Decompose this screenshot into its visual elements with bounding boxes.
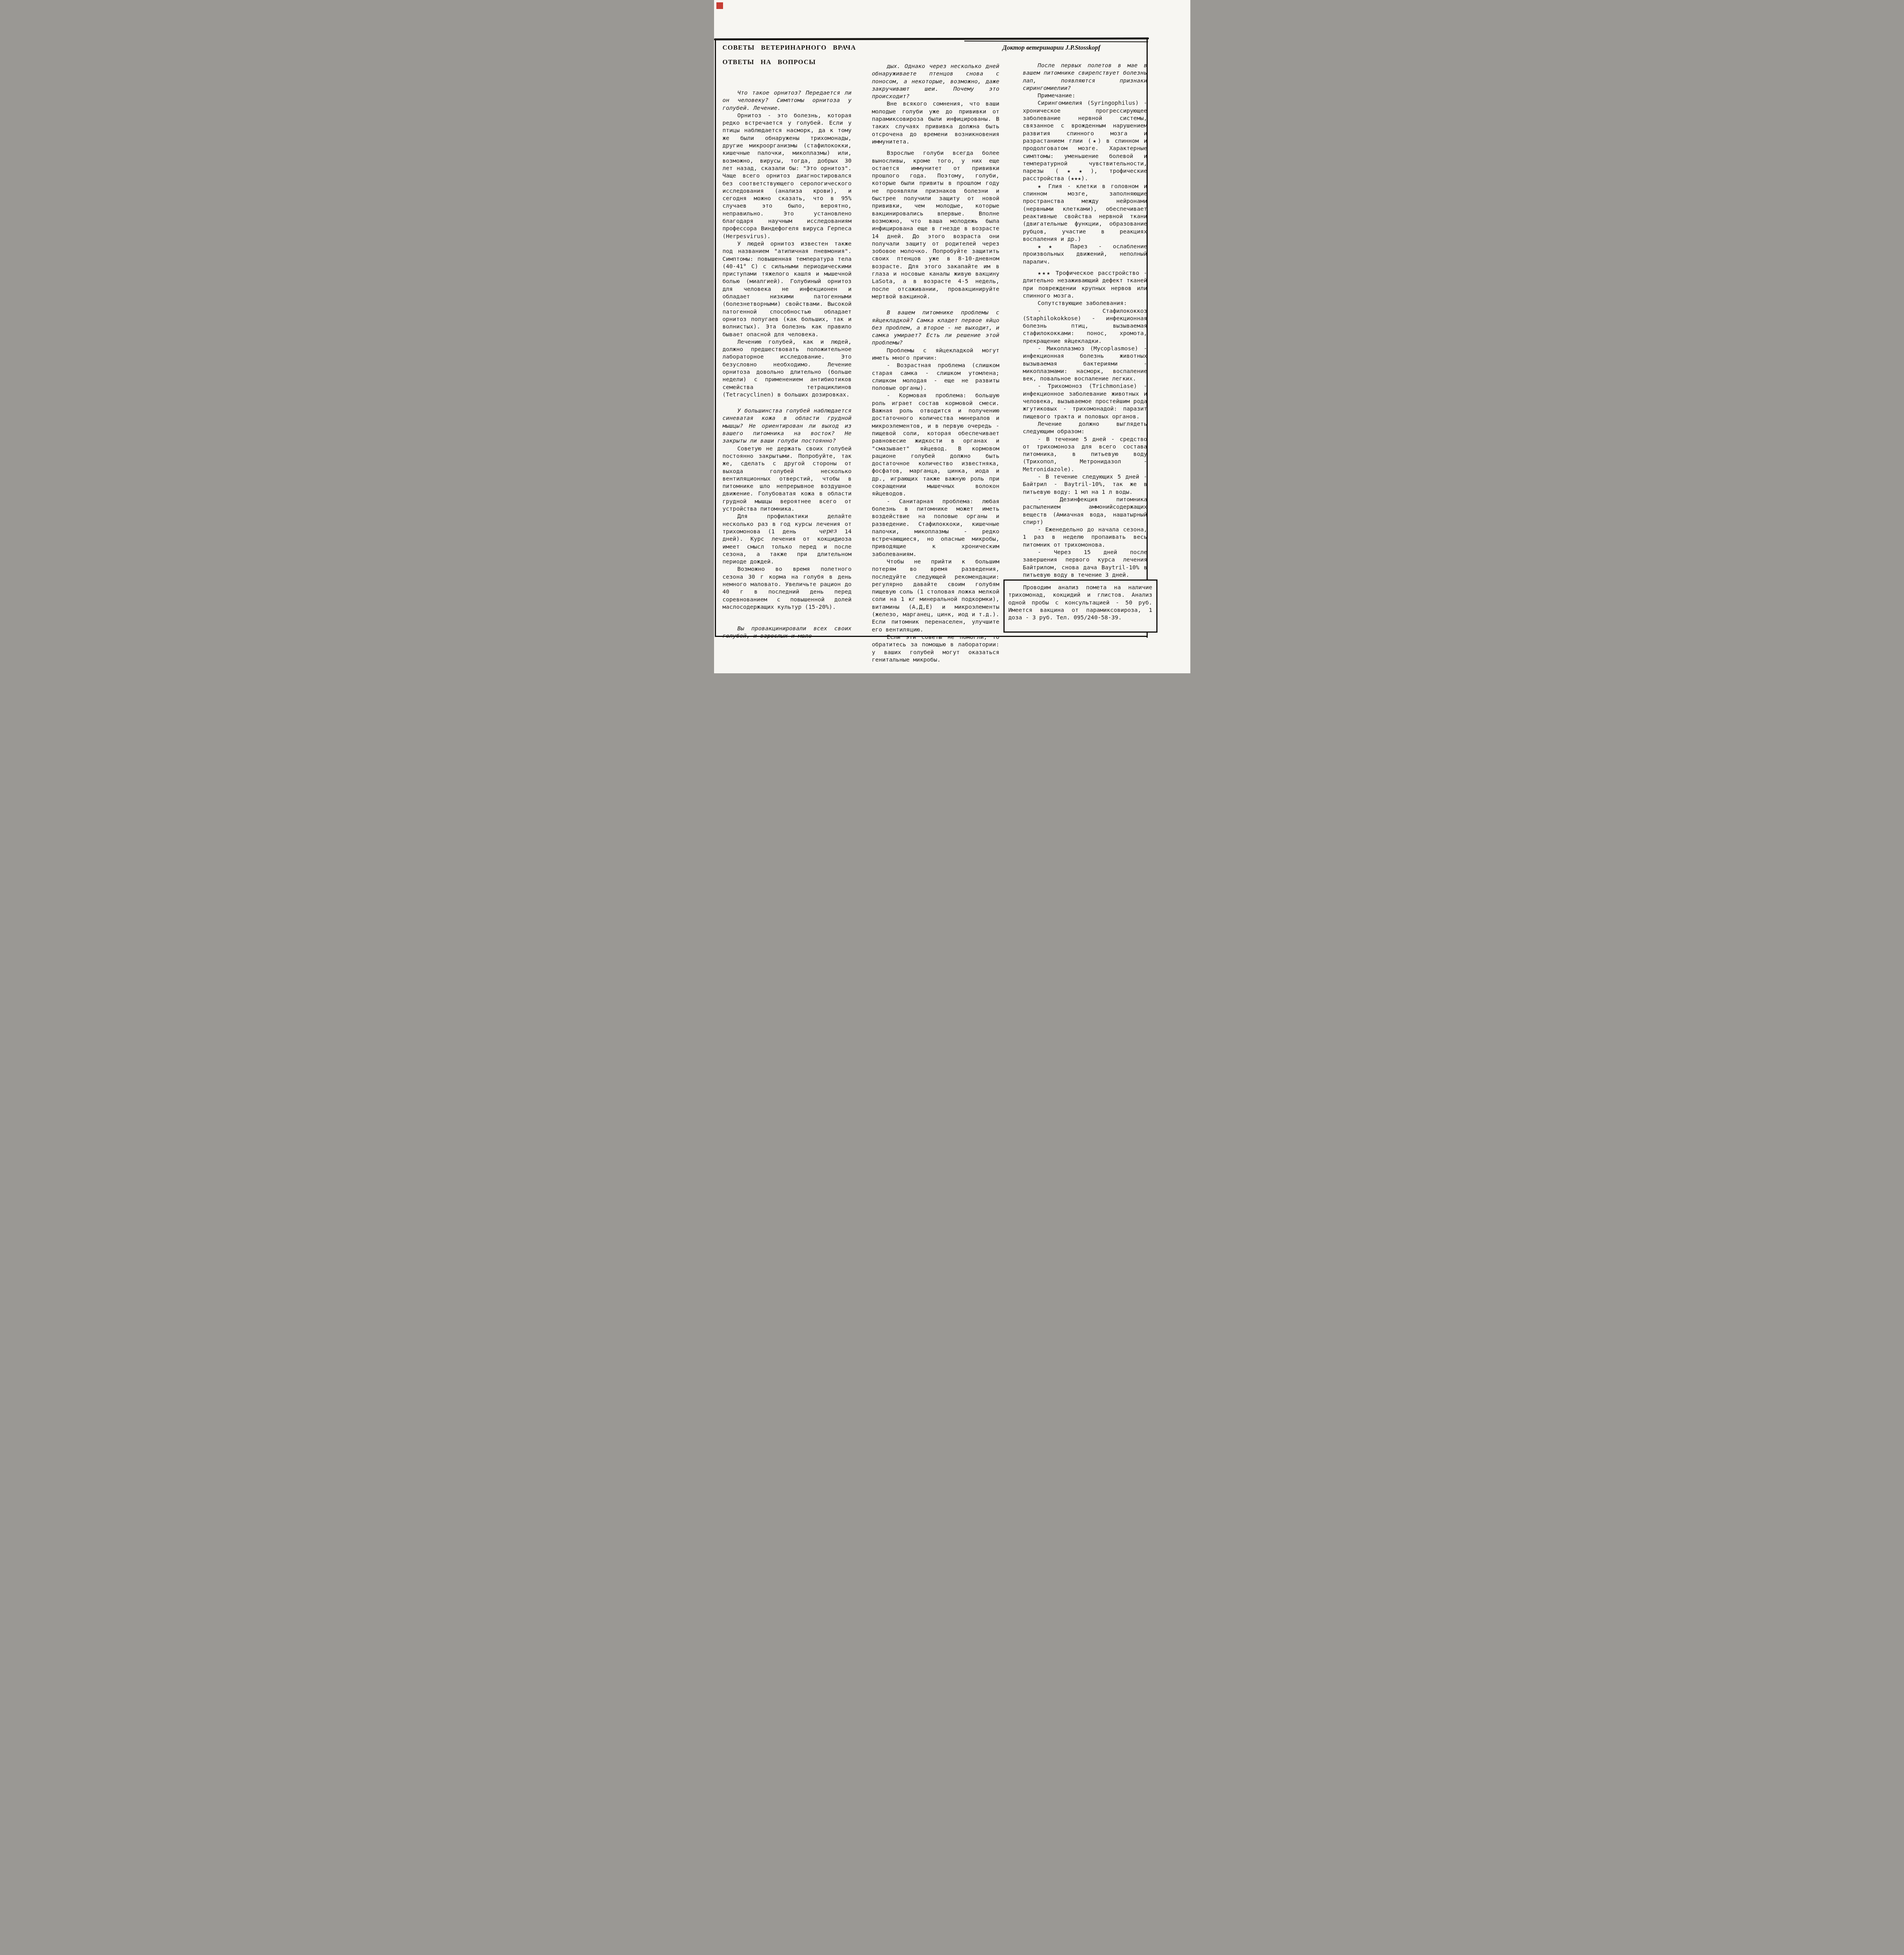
- list-item: - Через 15 дней после завершения первого…: [1023, 549, 1147, 579]
- text-column-2: дых. Однако через несколько дней обнаруж…: [872, 63, 1000, 664]
- list-item: - Микоплазмоз (Mycoplasmose) - инфекцион…: [1023, 345, 1147, 382]
- paragraph: Проблемы с яйцекладкой могут иметь много…: [872, 347, 1000, 362]
- list-item: - В течение 5 дней - средство от трихомо…: [1023, 436, 1147, 473]
- top-border-line: [714, 38, 1149, 40]
- page-title-line-1: СОВЕТЫ ВЕТЕРИНАРНОГО ВРАЧА: [723, 44, 856, 52]
- question-paragraph: У большинства голубей наблюдается синева…: [723, 407, 852, 445]
- paragraph: У людей орнитоз известен также под назва…: [723, 240, 852, 338]
- question-paragraph: Что такое орнитоз? Передается ли он чело…: [723, 89, 852, 112]
- paragraph: Орнитоз - это болезнь, которая редко вст…: [723, 112, 852, 240]
- author-byline: Доктор ветеринарии J.P.Stosskopf: [1003, 44, 1147, 52]
- list-item: - В течение следующих 5 дней - Байтрил -…: [1023, 473, 1147, 496]
- paragraph: - Санитарная проблема: любая болезнь в п…: [872, 498, 1000, 558]
- question-paragraph: Вы провакцинировали всех своих голубей, …: [723, 625, 852, 640]
- paragraph-with-handwriting: Для профилактики делайте несколько раз в…: [723, 513, 852, 565]
- list-item: - Стафилококкоз (Staphilokokkose) - инфе…: [1023, 307, 1147, 345]
- footnote-paragraph: ★★★ Трофическое расстройство - длительно…: [1023, 269, 1147, 300]
- footnote-paragraph: ★ Глия - клетки в головном и спинном моз…: [1023, 183, 1147, 243]
- list-item: - Трихомоноз (Trichmoniase) - инфекционн…: [1023, 382, 1147, 420]
- page-title-line-2: ОТВЕТЫ НА ВОПРОСЫ: [723, 58, 856, 66]
- paragraph: - Возрастная проблема (слишком старая са…: [872, 362, 1000, 392]
- ad-box: Проводим анализ помета на наличие трихом…: [1003, 579, 1157, 633]
- footnote-paragraph: ★★ Парез - ослабление произвольных движе…: [1023, 243, 1147, 265]
- red-corner-mark: [716, 2, 723, 9]
- question-paragraph: После первых полетов в мае в вашем питом…: [1023, 62, 1147, 92]
- question-paragraph: дых. Однако через несколько дней обнаруж…: [872, 63, 1000, 100]
- paragraph: Чтобы не прийти к большим потерям во вре…: [872, 558, 1000, 633]
- text-column-1: Что такое орнитоз? Передается ли он чело…: [723, 89, 852, 640]
- top-border-line-secondary: [964, 41, 1148, 42]
- scanned-newspaper-page: СОВЕТЫ ВЕТЕРИНАРНОГО ВРАЧА ОТВЕТЫ НА ВОП…: [714, 0, 1190, 673]
- left-border-line: [715, 39, 716, 637]
- list-item: - Дезинфекция питомника распылением аммо…: [1023, 496, 1147, 526]
- question-paragraph: В вашем питомнике проблемы с яйцекладкой…: [872, 309, 1000, 346]
- ad-box-text: Проводим анализ помета на наличие трихом…: [1009, 584, 1152, 621]
- paragraph: - Кормовая проблема: большую роль играет…: [872, 392, 1000, 497]
- paragraph: Лечению голубей, как и людей, должно пре…: [723, 338, 852, 398]
- paragraph: Советую не держать своих голубей постоян…: [723, 445, 852, 513]
- paragraph: Возможно во время полетного сезона 30 г …: [723, 565, 852, 611]
- paragraph: Сирингомиелия (Syringophilus) - хроничес…: [1023, 99, 1147, 182]
- paragraph: Вне всякого сомнения, что ваши молодые г…: [872, 100, 1000, 145]
- paragraph: Лечение должно выглядеть следующим образ…: [1023, 420, 1147, 436]
- text-column-3: После первых полетов в мае в вашем питом…: [1023, 62, 1147, 631]
- handwritten-word: через: [804, 527, 837, 536]
- paragraph: Взрослые голуби всегда более выносливы, …: [872, 149, 1000, 300]
- masthead: СОВЕТЫ ВЕТЕРИНАРНОГО ВРАЧА ОТВЕТЫ НА ВОП…: [723, 44, 856, 66]
- paragraph: Сопутствующие заболевания:: [1023, 300, 1147, 307]
- paragraph: Примечание:: [1023, 92, 1147, 99]
- list-item: - Еженедельно до начала сезона, 1 раз в …: [1023, 526, 1147, 549]
- paragraph: Если эти советы не помогли, то обратитес…: [872, 633, 1000, 664]
